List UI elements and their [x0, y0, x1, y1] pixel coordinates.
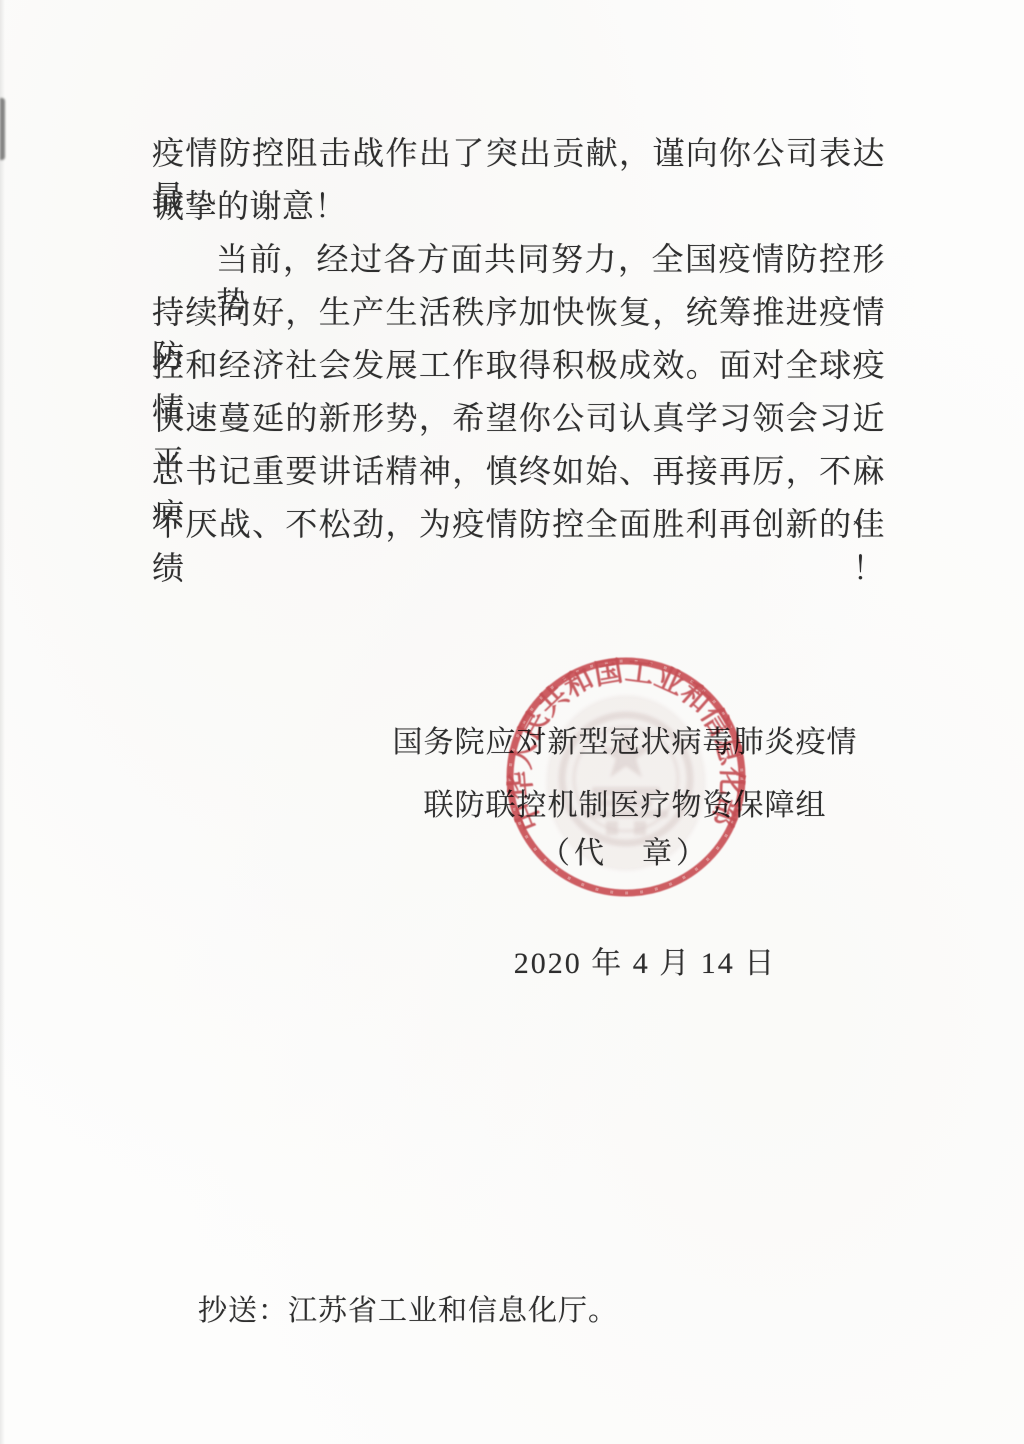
body-line: 控和经济社会发展工作取得积极成效。面对全球疫情	[152, 343, 885, 389]
body-line: 疫情防控阻击战作出了突出贡献，谨向你公司表达最	[152, 131, 885, 177]
body-line: 快速蔓延的新形势，希望你公司认真学习领会习近平	[152, 396, 885, 442]
body-line: 不厌战、不松劲，为疫情防控全面胜利再创新的佳绩！	[152, 502, 885, 548]
body-line: 诚挚的谢意！	[152, 184, 885, 230]
cc-line: 抄送：江苏省工业和信息化厅。	[198, 1288, 618, 1329]
seal-emblem-ghost	[546, 695, 706, 871]
scan-edge-artifact	[0, 0, 5, 1444]
body-line: 总书记重要讲话精神，慎终如始、再接再厉，不麻痹、	[152, 449, 885, 495]
signature-date: 2020 年 4 月 14 日	[312, 944, 978, 984]
official-seal: 中华人民共和国工业和信息化部	[499, 650, 753, 904]
scan-smudge-artifact	[0, 98, 5, 160]
body-line: 当前，经过各方面共同努力，全国疫情防控形势	[152, 237, 885, 283]
body-line: 持续向好，生产生活秩序加快恢复，统筹推进疫情防	[152, 290, 885, 336]
document-page: 疫情防控阻击战作出了突出贡献，谨向你公司表达最 诚挚的谢意！ 当前，经过各方面共…	[0, 0, 1024, 1444]
